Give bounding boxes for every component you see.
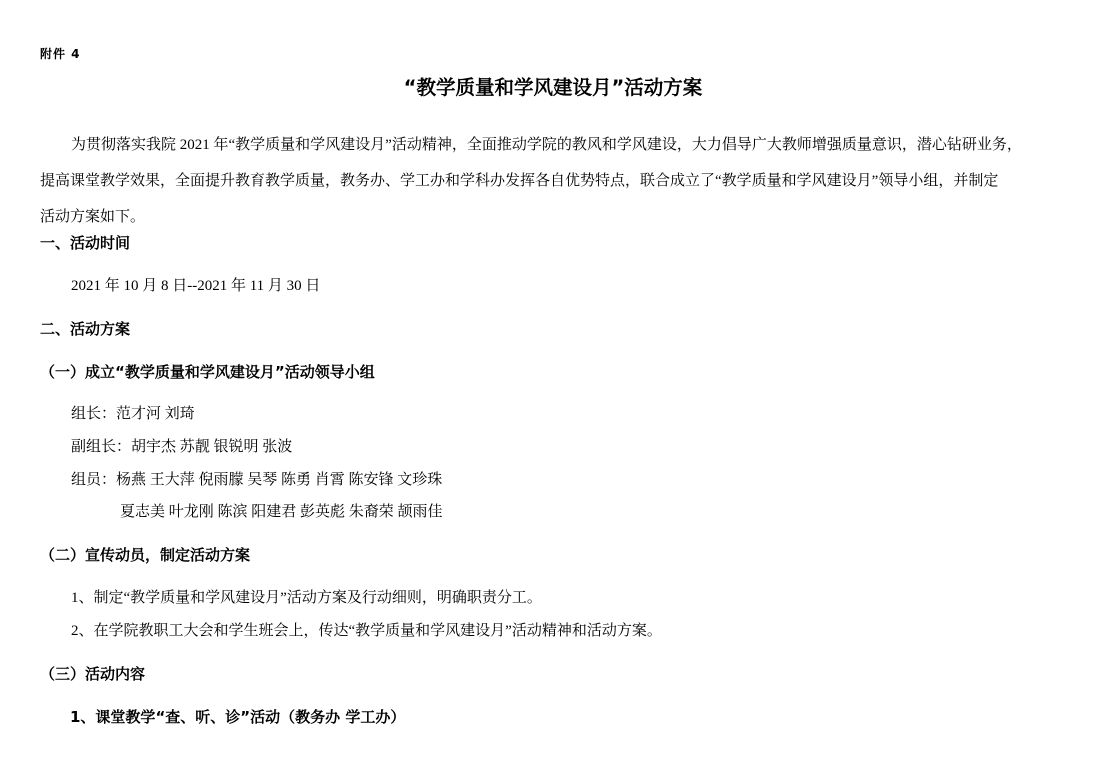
intro-paragraph: 为贯彻落实我院 2021 年“教学质量和学风建设月”活动精神，全面推动学院的教风… [40, 127, 1070, 235]
document-page: 附件 4 “教学质量和学风建设月”活动方案 为贯彻落实我院 2021 年“教学质… [0, 0, 1106, 770]
attachment-label: 附件 4 [40, 48, 81, 60]
members-line: 组员：杨燕 王大萍 倪雨朦 吴琴 陈勇 肖霄 陈安锋 文珍珠 [71, 473, 442, 488]
document-title: “教学质量和学风建设月”活动方案 [0, 78, 1106, 98]
deputy-leader-line: 副组长：胡宇杰 苏靓 银锐明 张波 [71, 440, 292, 455]
subsection-heading-leadership: （一）成立“教学质量和学风建设月”活动领导小组 [40, 365, 375, 380]
subsection-heading-content: （三）活动内容 [40, 667, 145, 682]
intro-line-2: 提高课堂教学效果，全面提升教育教学质量，教务办、学工办和学科办发挥各自优势特点，… [40, 163, 1070, 199]
intro-line-3: 活动方案如下。 [40, 199, 1070, 235]
intro-line-1: 为贯彻落实我院 2021 年“教学质量和学风建设月”活动精神，全面推动学院的教风… [40, 127, 1070, 163]
section-heading-time: 一、活动时间 [40, 236, 130, 251]
publicity-item-1: 1、制定“教学质量和学风建设月”活动方案及行动细则，明确职责分工。 [71, 591, 542, 606]
content-item-1-heading: 1、课堂教学“查、听、诊”活动（教务办 学工办） [70, 710, 405, 725]
members-line-continued: 夏志美 叶龙刚 陈滨 阳建君 彭英彪 朱裔荣 颉雨佳 [120, 505, 443, 520]
section-heading-plan: 二、活动方案 [40, 322, 130, 337]
leader-line: 组长：范才河 刘琦 [71, 407, 195, 422]
activity-date-range: 2021 年 10 月 8 日--2021 年 11 月 30 日 [71, 279, 320, 294]
publicity-item-2: 2、在学院教职工大会和学生班会上，传达“教学质量和学风建设月”活动精神和活动方案… [71, 624, 662, 639]
subsection-heading-publicity: （二）宣传动员，制定活动方案 [40, 548, 250, 563]
